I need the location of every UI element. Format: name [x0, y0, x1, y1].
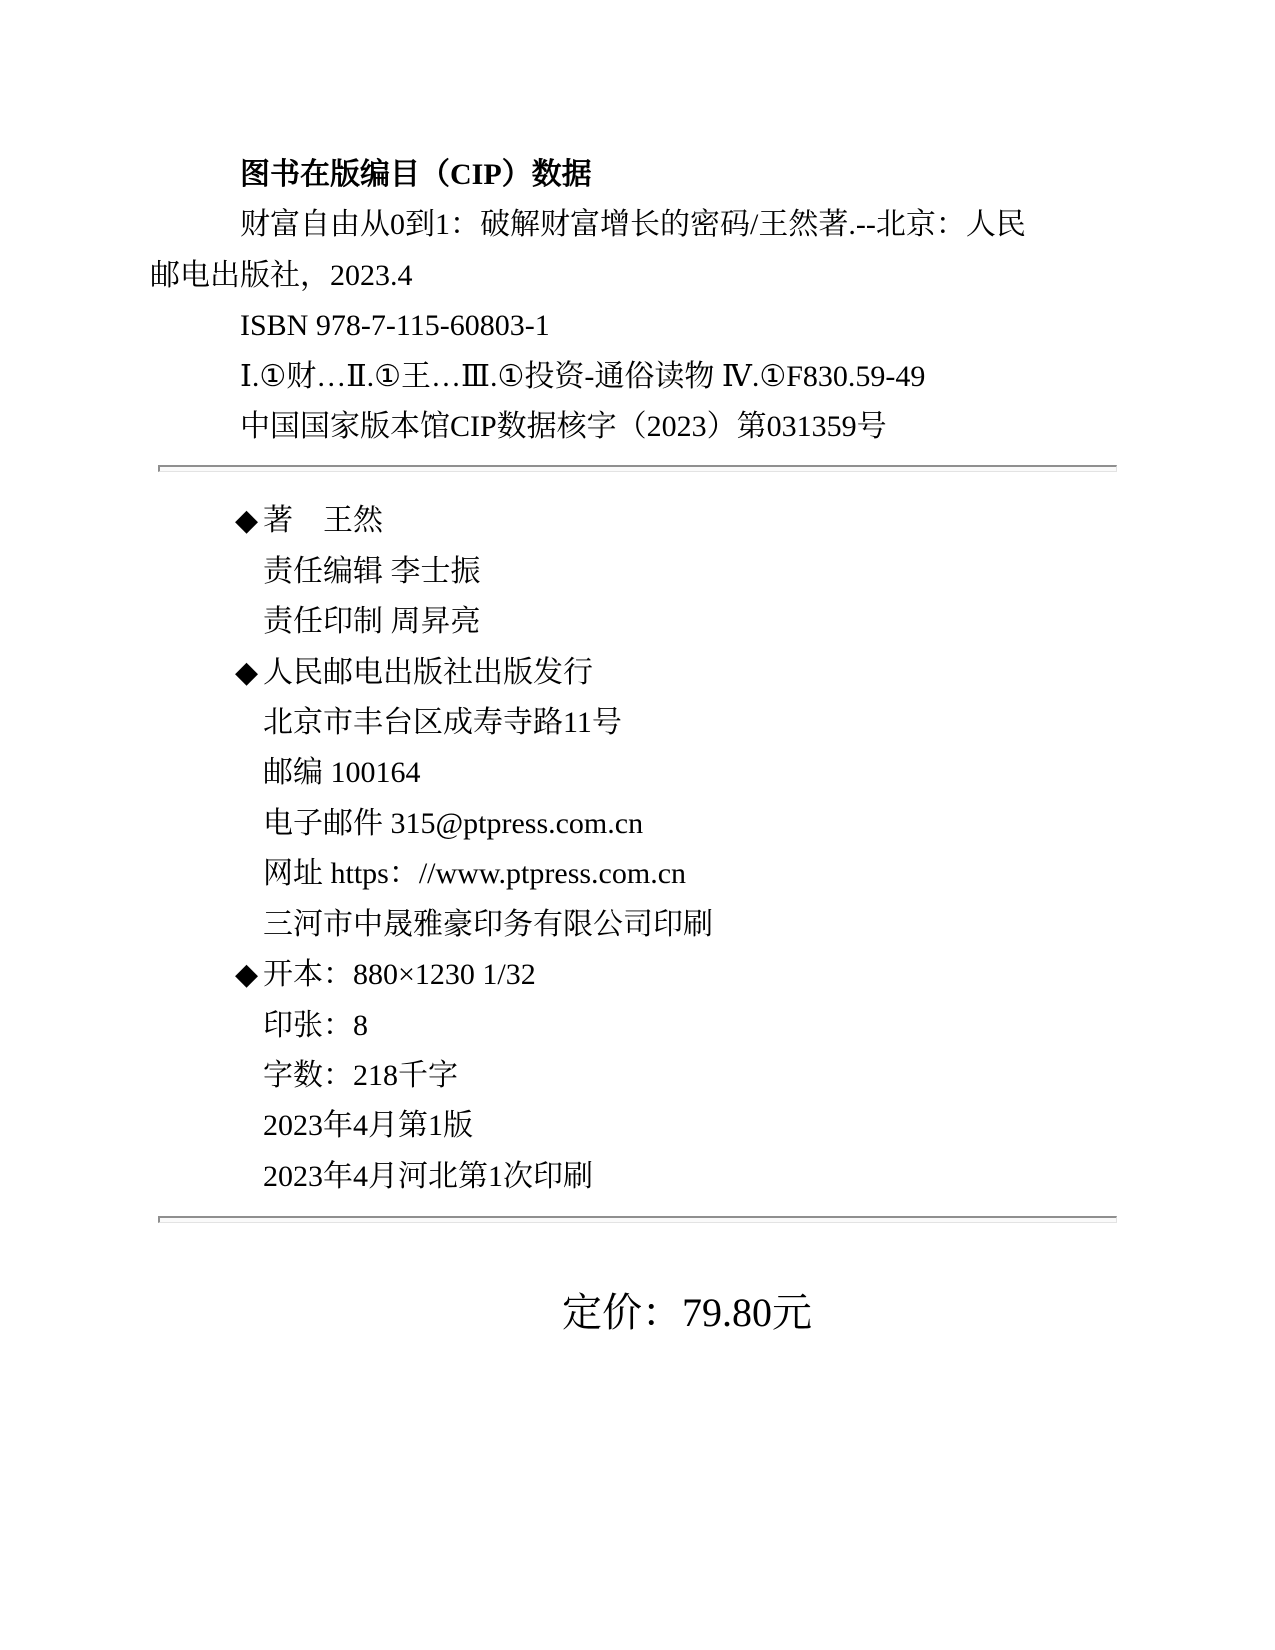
impression-line: 2023年4月河北第1次印刷: [150, 1152, 1125, 1202]
cip-entry-line-2: 邮电出版社，2023.4: [150, 251, 1125, 301]
cip-data-section: 图书在版编目（CIP）数据 财富自由从0到1：破解财富增长的密码/王然著.--北…: [150, 150, 1125, 452]
author-text: 著 王然: [263, 504, 383, 537]
address-line: 北京市丰台区成寿寺路11号: [150, 698, 1125, 748]
print-supervisor-line: 责任印制 周昇亮: [150, 597, 1125, 647]
diamond-bullet-icon: ◆: [235, 496, 263, 546]
format-line: ◆开本：880×1230 1/32: [150, 950, 1125, 1000]
copyright-page: 图书在版编目（CIP）数据 财富自由从0到1：破解财富增长的密码/王然著.--北…: [0, 0, 1275, 1650]
publisher-line: ◆人民邮电出版社出版发行: [150, 648, 1125, 698]
classification-line: Ⅰ.①财…Ⅱ.①王…Ⅲ.①投资-通俗读物 Ⅳ.①F830.59-49: [150, 352, 1125, 402]
isbn-line: ISBN 978-7-115-60803-1: [150, 301, 1125, 351]
cip-page: { "cip": { "heading": "图书在版编目（CIP）数据", "…: [0, 0, 1275, 1650]
editor-line: 责任编辑 李士振: [150, 547, 1125, 597]
cip-record-line: 中国国家版本馆CIP数据核字（2023）第031359号: [150, 402, 1125, 452]
divider-rule-top: [158, 465, 1117, 472]
diamond-bullet-icon: ◆: [235, 950, 263, 1000]
cip-entry-line-1: 财富自由从0到1：破解财富增长的密码/王然著.--北京：人民: [150, 200, 1125, 250]
colophon-section: ◆著 王然 责任编辑 李士振 责任印制 周昇亮 ◆人民邮电出版社出版发行 北京市…: [150, 496, 1125, 1202]
website-line: 网址 https：//www.ptpress.com.cn: [150, 849, 1125, 899]
sheets-line: 印张：8: [150, 1001, 1125, 1051]
format-text: 开本：880×1230 1/32: [263, 958, 536, 991]
word-count-line: 字数：218千字: [150, 1051, 1125, 1101]
author-line: ◆著 王然: [150, 496, 1125, 546]
cip-heading: 图书在版编目（CIP）数据: [150, 150, 1125, 200]
publisher-text: 人民邮电出版社出版发行: [263, 656, 593, 689]
email-line: 电子邮件 315@ptpress.com.cn: [150, 799, 1125, 849]
divider-rule-bottom: [158, 1216, 1117, 1223]
printing-company-line: 三河市中晟雅豪印务有限公司印刷: [150, 900, 1125, 950]
postcode-line: 邮编 100164: [150, 748, 1125, 798]
diamond-bullet-icon: ◆: [235, 648, 263, 698]
edition-line: 2023年4月第1版: [150, 1101, 1125, 1151]
price-label: 定价：79.80元: [562, 1285, 1125, 1341]
